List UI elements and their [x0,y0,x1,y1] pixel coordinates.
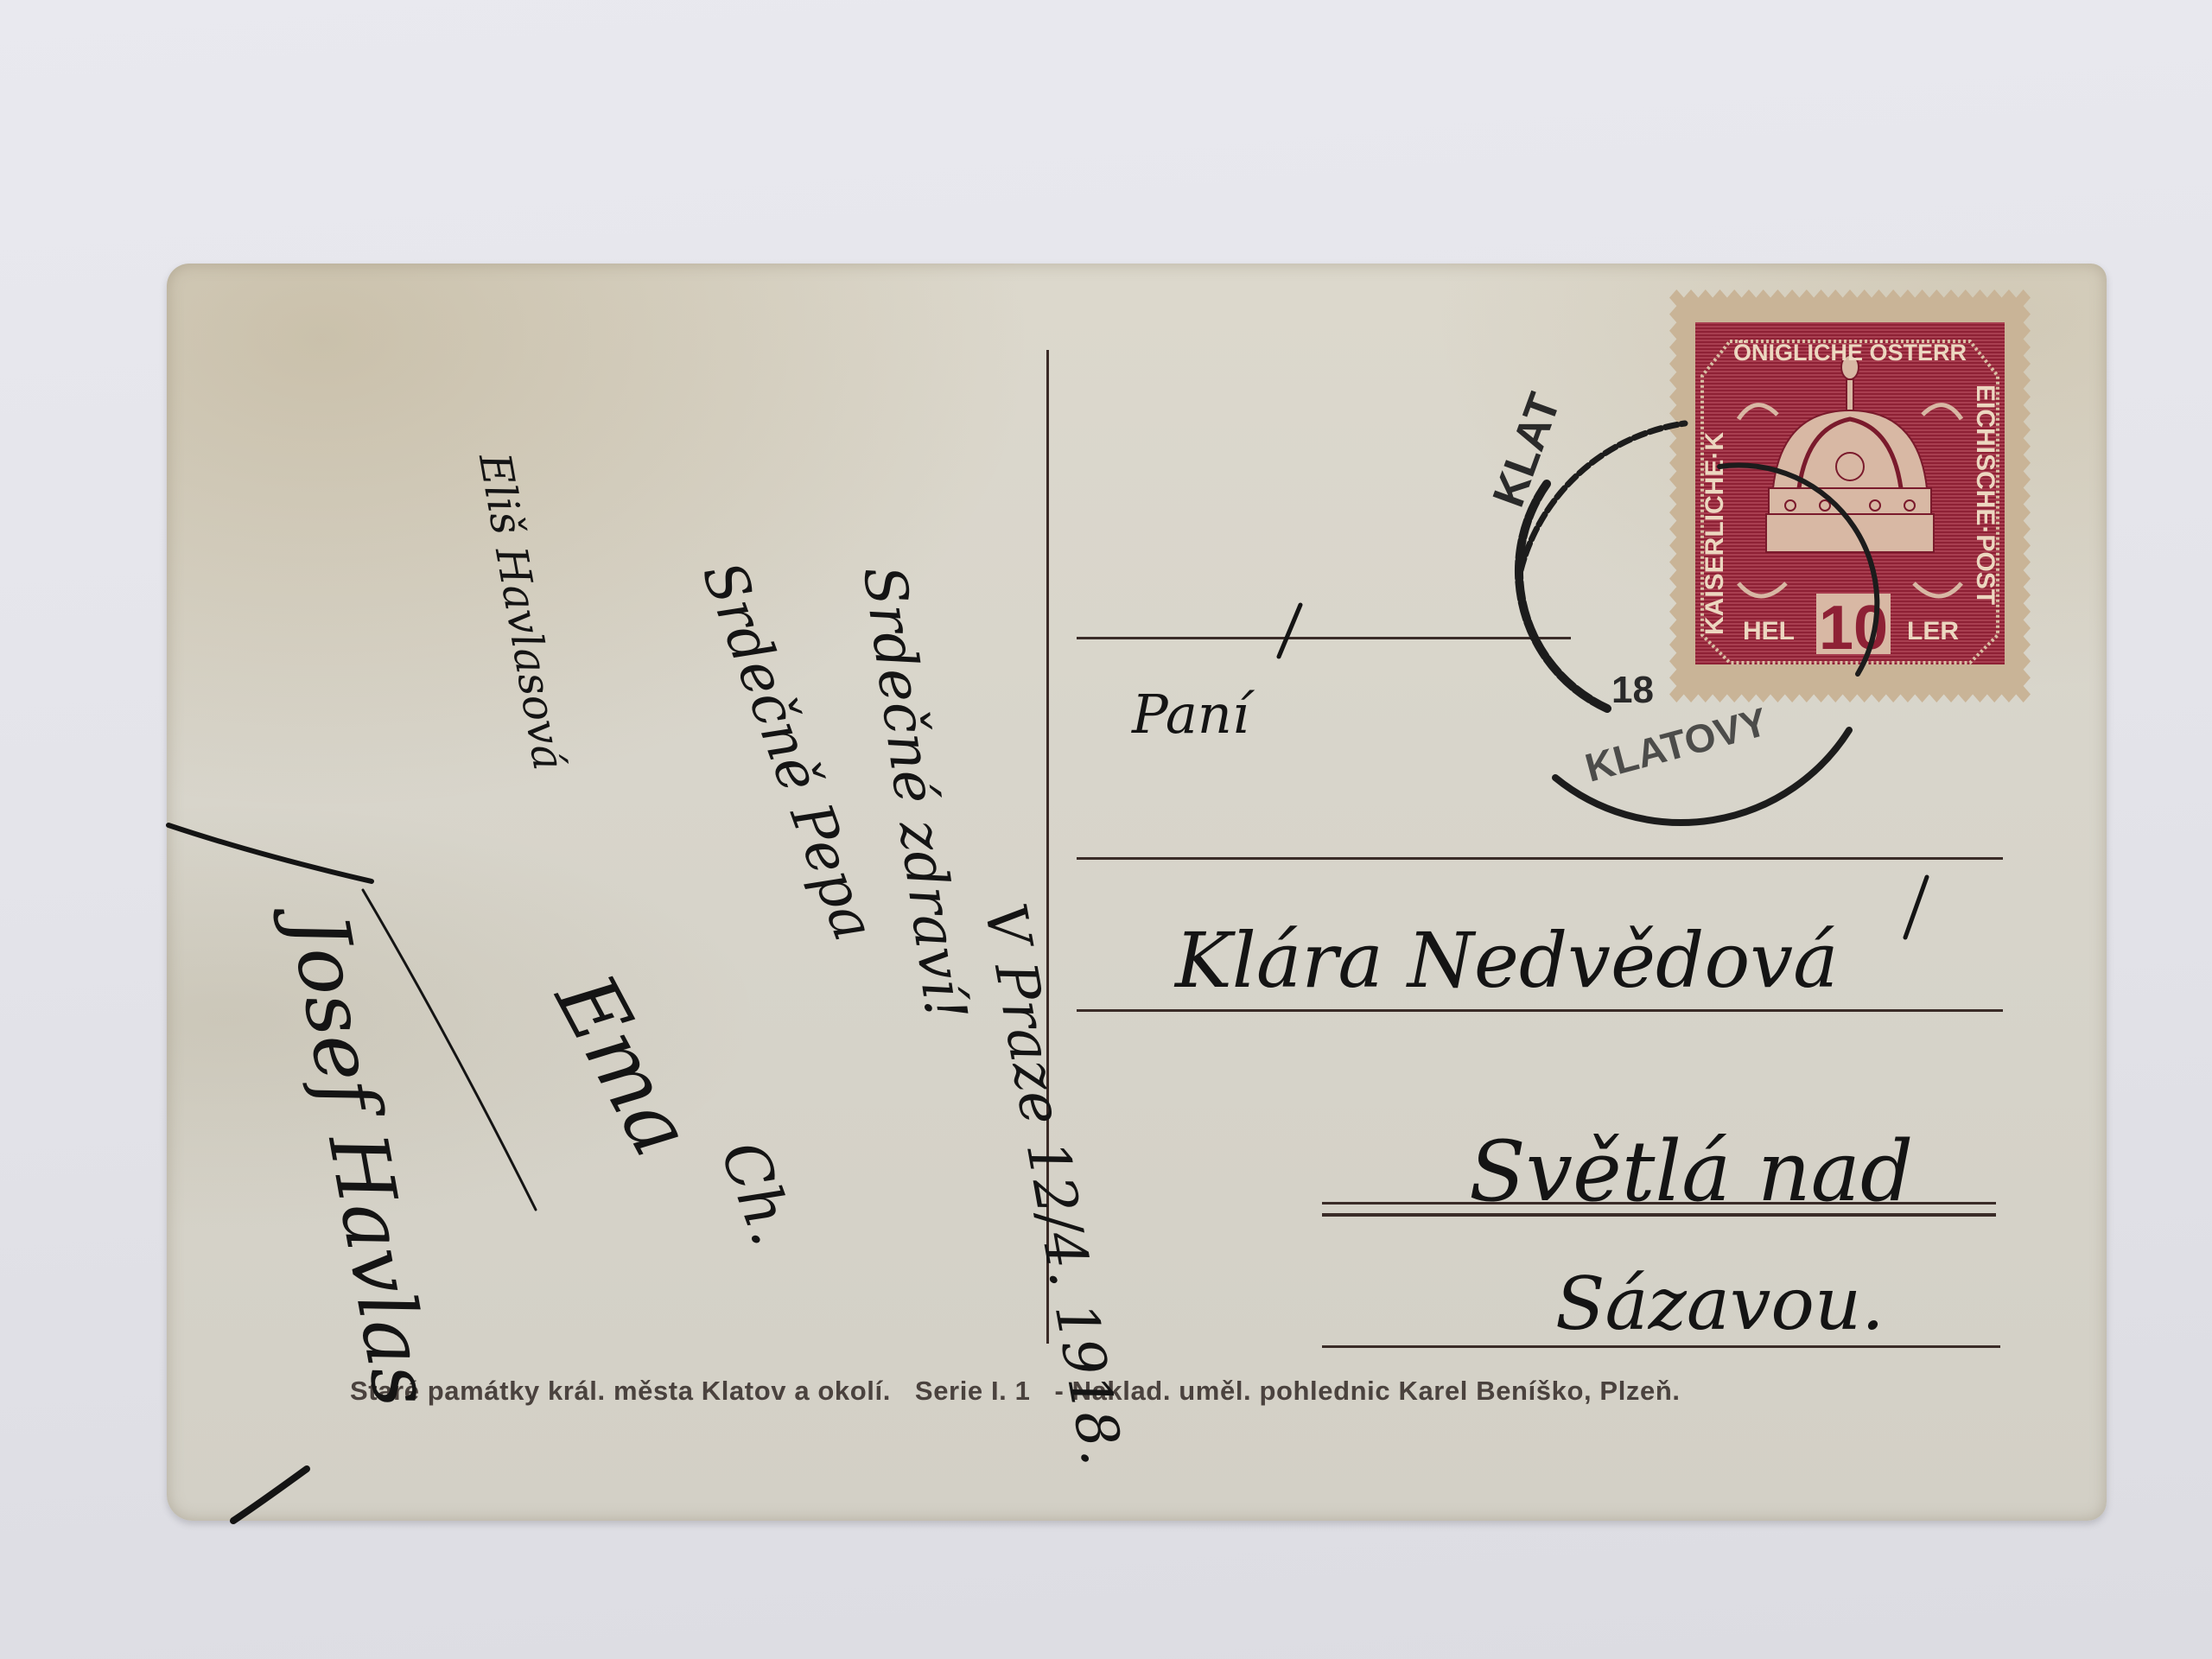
ink-flourish-icon [0,0,2212,1659]
